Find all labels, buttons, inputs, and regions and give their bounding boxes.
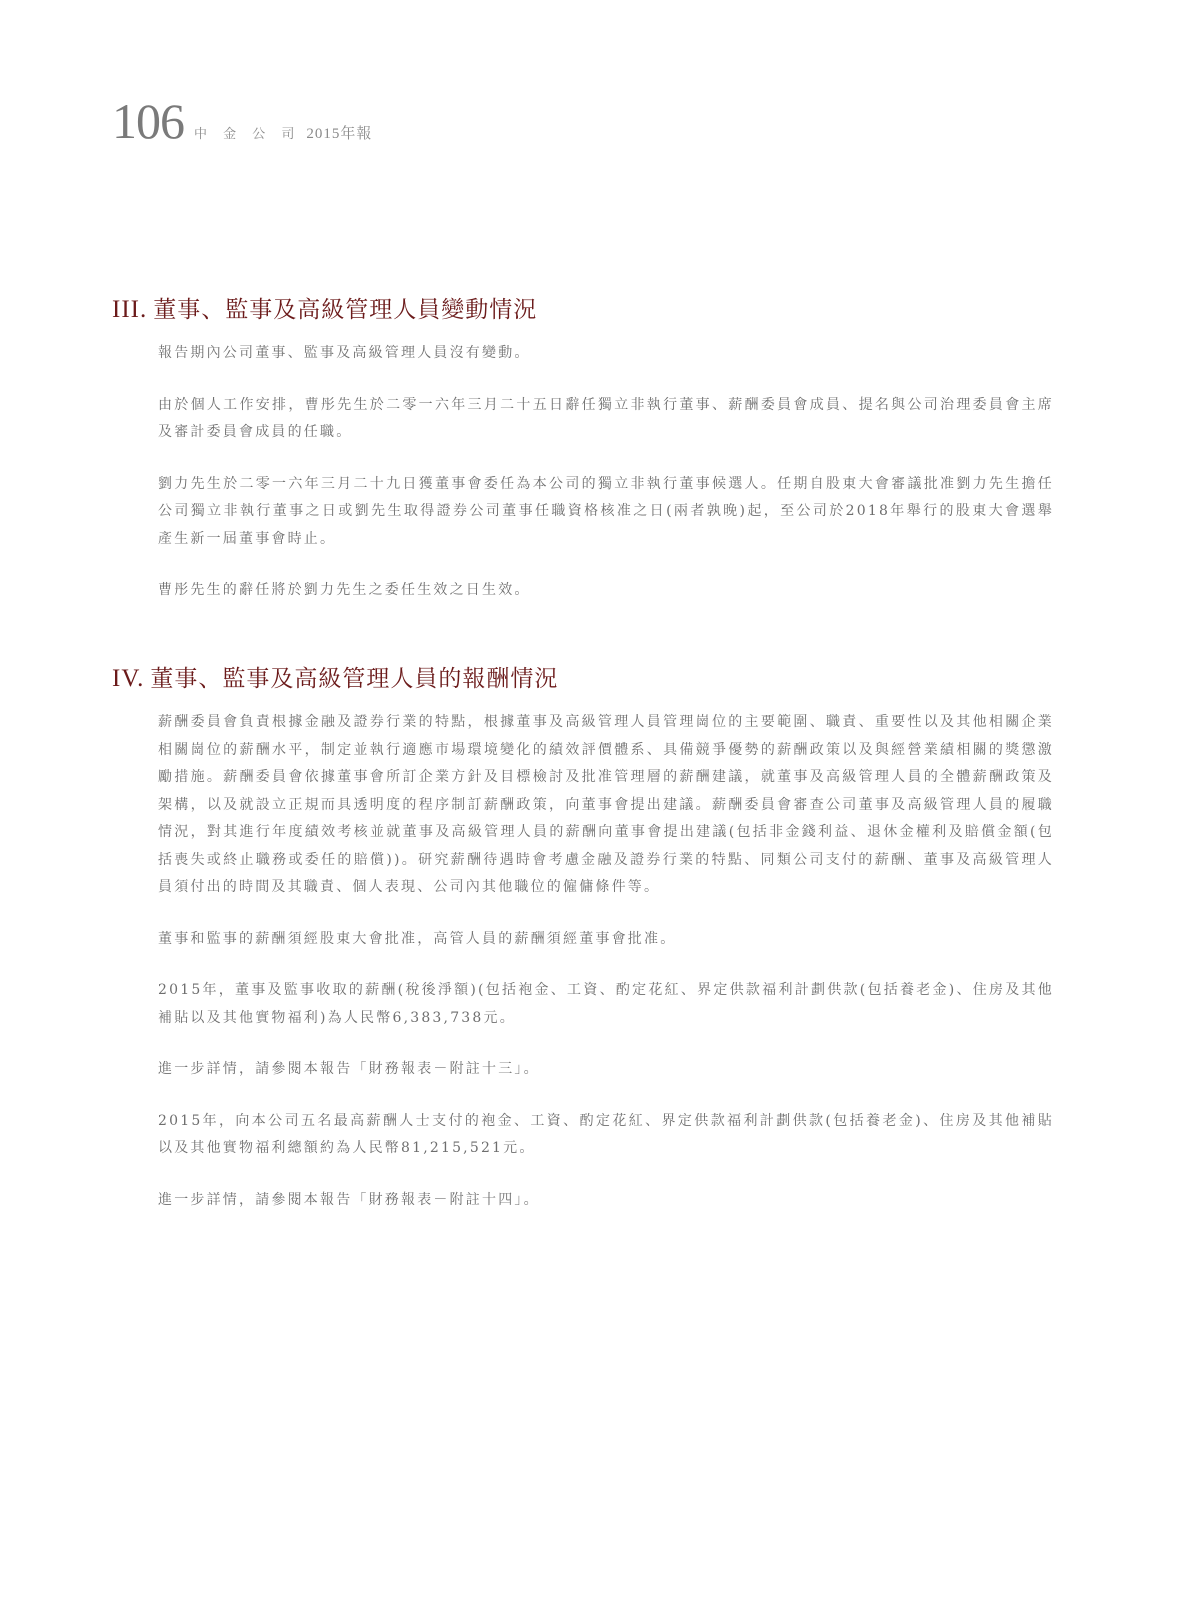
section-numeral: IV.: [112, 665, 144, 692]
running-title: 中 金 公 司2015年報: [194, 122, 372, 143]
paragraph: 董事和監事的薪酬須經股東大會批准，高管人員的薪酬須經董事會批准。: [158, 926, 1054, 954]
section-iii-changes: III.董事、監事及高級管理人員變動情況 報告期內公司董事、監事及高級管理人員沒…: [112, 294, 1072, 605]
paragraph: 由於個人工作安排，曹彤先生於二零一六年三月二十五日辭任獨立非執行董事、薪酬委員會…: [158, 392, 1054, 447]
section-title: 董事、監事及高級管理人員的報酬情況: [150, 666, 558, 692]
paragraph: 薪酬委員會負責根據金融及證券行業的特點，根據董事及高級管理人員管理崗位的主要範圍…: [158, 709, 1054, 902]
page-number: 106: [112, 96, 184, 146]
paragraph: 進一步詳情，請參閱本報告「財務報表－附註十三」。: [158, 1056, 1054, 1084]
company-name: 中 金 公 司: [194, 127, 300, 142]
paragraph: 2015年，向本公司五名最高薪酬人士支付的袍金、工資、酌定花紅、界定供款福利計劃…: [158, 1108, 1054, 1163]
section-title: 董事、監事及高級管理人員變動情況: [153, 297, 537, 323]
paragraph: 報告期內公司董事、監事及高級管理人員沒有變動。: [158, 340, 1054, 368]
section-iv-remuneration: IV.董事、監事及高級管理人員的報酬情況 薪酬委員會負責根據金融及證券行業的特點…: [112, 663, 1072, 1214]
page-header: 106 中 金 公 司2015年報: [112, 96, 372, 146]
paragraph: 曹彤先生的辭任將於劉力先生之委任生效之日生效。: [158, 577, 1054, 605]
report-year: 2015年報: [306, 126, 372, 142]
paragraph: 進一步詳情，請參閱本報告「財務報表－附註十四」。: [158, 1187, 1054, 1215]
section-heading: III.董事、監事及高級管理人員變動情況: [112, 294, 1072, 326]
section-numeral: III.: [112, 296, 147, 323]
section-heading: IV.董事、監事及高級管理人員的報酬情況: [112, 663, 1072, 695]
paragraph: 劉力先生於二零一六年三月二十九日獲董事會委任為本公司的獨立非執行董事候選人。任期…: [158, 471, 1054, 554]
paragraph: 2015年，董事及監事收取的薪酬(稅後淨額)(包括袍金、工資、酌定花紅、界定供款…: [158, 977, 1054, 1032]
